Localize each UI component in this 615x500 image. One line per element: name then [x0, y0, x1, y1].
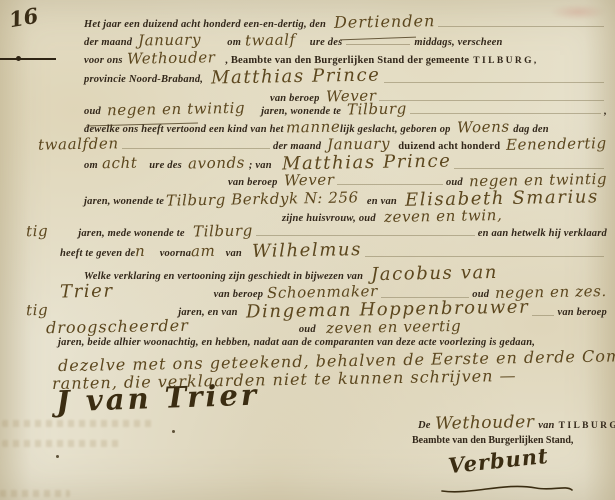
printed-text: Het jaar een duizend acht honderd een-en… [84, 19, 326, 30]
printed-text: , [604, 106, 607, 117]
printed-text: lijk geslacht, geboren op [340, 124, 451, 135]
ruled-line [122, 146, 270, 149]
handwritten-entry: negen en twintig [107, 99, 245, 119]
document-scan: 16 Het jaar een duizend acht honderd een… [0, 0, 615, 500]
form-line-18: droogscheerderoudzeven en veertig [46, 317, 525, 336]
handwritten-entry: Tilburg [193, 221, 253, 240]
handwritten-entry: January [138, 30, 201, 49]
handwritten-entry: Dertienden [334, 11, 436, 32]
printed-text: heeft te geven de [60, 248, 135, 259]
printed-text: provincie Noord-Braband, [84, 74, 203, 85]
handwritten-entry: am [191, 242, 216, 260]
handwritten-entry: twaalfden [38, 134, 119, 153]
printed-text: Tilburg, [559, 421, 615, 431]
form-line-09: omachture desavonds; vanMatthias Prince [84, 152, 607, 173]
handwritten-entry: Woens [456, 118, 509, 137]
printed-text: om [84, 160, 98, 171]
struck-blank-field [346, 42, 410, 45]
handwritten-entry: Tilburg [347, 99, 407, 118]
ink-speck [56, 455, 59, 458]
printed-text: jaren, beide alhier woonachtig, en hebbe… [58, 337, 535, 348]
form-line-20: dezelve met ons geteekend, behalven de E… [58, 351, 607, 370]
handwritten-entry: January [327, 134, 390, 153]
printed-text: om [227, 37, 241, 48]
ruled-line [256, 233, 475, 236]
printed-text: van beroep [557, 307, 607, 318]
ruled-line [365, 254, 604, 257]
form-line-19: jaren, beide alhier woonachtig, en hebbe… [58, 337, 607, 348]
official-title: Beambte van den Burgerlijken Stand, [412, 435, 573, 446]
form-line-08: twaalfdender maandJanuaryduizend acht ho… [38, 135, 607, 153]
handwritten-entry: droogscheerder [46, 316, 189, 337]
form-line-06: oudnegen en twintigjaren, wonende teTilb… [84, 100, 607, 118]
act-number: 16 [7, 3, 40, 33]
printed-text: jaren, wonende te [261, 106, 341, 117]
form-line-02: der maandJanuaryomtwaalfure desmiddags, … [84, 31, 607, 49]
printed-text: voor ons [84, 55, 123, 66]
printed-text: oud [299, 324, 316, 335]
printed-text: middags, verscheen [414, 37, 502, 48]
printed-text: ure des [149, 160, 182, 171]
printed-text: De [418, 420, 431, 431]
ruled-line [454, 166, 604, 169]
bleed-through-smudge [2, 420, 152, 427]
handwritten-entry: Wethouder [127, 48, 216, 68]
printed-text: van beroep [228, 177, 278, 188]
handwritten-entry: Wethouder [434, 412, 534, 434]
ruled-line [438, 24, 604, 27]
form-line-14: heeft te geven denvoornaamvanWilhelmus [60, 240, 607, 261]
form-line-11: jaren, wonende teTilburg Berkdyk N: 256e… [84, 188, 607, 209]
form-line-13: tigjaren, mede wonende teTilburgen aan h… [26, 222, 607, 240]
ruled-line [532, 313, 554, 316]
handwritten-entry: Wilhelmus [252, 239, 362, 262]
form-line-01: Het jaar een duizend acht honderd een-en… [84, 12, 607, 31]
printed-text: der maand [84, 37, 132, 48]
printed-text: jaren, wonende te [84, 196, 164, 207]
handwritten-entry: avonds [188, 154, 245, 173]
form-line-04: provincie Noord-Braband,Matthias Prince [84, 66, 607, 87]
printed-text: Tilburg, [473, 56, 538, 66]
printed-text: oud [446, 177, 463, 188]
bleed-through-smudge [0, 490, 70, 497]
printed-text: jaren, mede wonende te [78, 228, 184, 239]
printed-text: ure des [310, 37, 343, 48]
declarant-signature: J van Trier [55, 377, 259, 418]
margin-mark [0, 58, 56, 60]
official-signature-line: DeWethoudervanTilburg, [418, 413, 615, 433]
printed-text: voorna [160, 248, 192, 259]
handwritten-entry: twaalf [245, 31, 296, 50]
form-line-07: dewelke ons heeft vertoond een kind van … [84, 118, 607, 136]
signature-flourish [438, 480, 576, 496]
handwritten-entry: n [135, 242, 146, 260]
handwritten-entry: tig [26, 301, 49, 319]
handwritten-entry: tig [26, 222, 49, 240]
handwritten-entry: zeven en veertig [326, 317, 462, 337]
ruled-line [410, 111, 601, 114]
ruled-line [337, 182, 443, 185]
printed-text: ; van [249, 160, 272, 171]
ruled-line [384, 80, 604, 83]
handwritten-entry: acht [102, 154, 138, 173]
printed-text: oud [84, 106, 101, 117]
handwritten-entry: Eenendertig [506, 134, 607, 154]
handwritten-entry: Wever [283, 171, 334, 190]
printed-text: van [538, 420, 554, 431]
printed-text: der maand [273, 141, 321, 152]
ink-speck [172, 430, 175, 433]
bleed-through-smudge [2, 440, 120, 447]
handwritten-entry: Matthias Prince [211, 65, 381, 89]
printed-text: van [226, 248, 242, 259]
printed-text: en van [367, 196, 397, 207]
handwritten-entry: manne [285, 118, 340, 137]
printed-text: en aan hetwelk hij verklaard [478, 228, 607, 239]
printed-text: dag den [513, 124, 549, 135]
official-signature: Verbunt [447, 443, 550, 478]
